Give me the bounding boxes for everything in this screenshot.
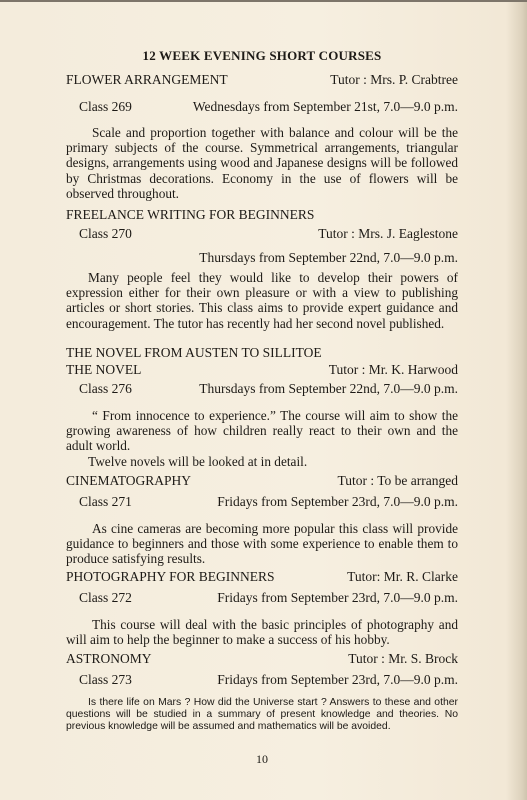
course-astronomy: ASTRONOMY Tutor : Mr. S. Brock Class 273… xyxy=(66,651,458,734)
course-description-note: Twelve novels will be looked at in detai… xyxy=(66,454,458,469)
course-class: Class 269 xyxy=(79,99,132,115)
course-schedule: Wednesdays from September 21st, 7.0—9.0 … xyxy=(193,99,458,115)
course-tutor: Tutor : Mr. K. Harwood xyxy=(329,362,458,378)
course-class: Class 270 xyxy=(79,226,132,242)
course-description: As cine cameras are becoming more popula… xyxy=(66,521,458,567)
page-heading: 12 WEEK EVENING SHORT COURSES xyxy=(66,48,458,64)
course-tutor: Tutor : Mr. S. Brock xyxy=(348,651,458,667)
page-number: 10 xyxy=(66,752,458,767)
page-edge-line xyxy=(0,0,527,2)
course-photography: PHOTOGRAPHY FOR BEGINNERS Tutor: Mr. R. … xyxy=(66,569,458,647)
course-tutor: Tutor: Mr. R. Clarke xyxy=(347,569,458,585)
course-class: Class 276 xyxy=(79,381,132,397)
course-title: ASTRONOMY xyxy=(66,651,152,667)
course-description: Scale and proportion together with balan… xyxy=(66,125,458,201)
course-schedule: Thursdays from September 22nd, 7.0—9.0 p… xyxy=(199,381,458,397)
course-the-novel: THE NOVEL FROM AUSTEN TO SILLITOE THE NO… xyxy=(66,345,458,469)
course-schedule: Thursdays from September 22nd, 7.0—9.0 p… xyxy=(199,250,458,266)
course-tutor: Tutor : To be arranged xyxy=(337,473,458,489)
course-tutor: Tutor : Mrs. P. Crabtree xyxy=(330,72,458,88)
course-title: CINEMATOGRAPHY xyxy=(66,473,191,489)
course-class: Class 271 xyxy=(79,494,132,510)
course-title: THE NOVEL FROM AUSTEN TO SILLITOE xyxy=(66,345,322,361)
course-title: FLOWER ARRANGEMENT xyxy=(66,72,228,88)
course-description: Many people feel they would like to deve… xyxy=(66,270,458,331)
course-class: Class 272 xyxy=(79,590,132,606)
booklet-page: 12 WEEK EVENING SHORT COURSES FLOWER ARR… xyxy=(0,0,527,800)
course-subtitle: THE NOVEL xyxy=(66,362,141,378)
course-title: PHOTOGRAPHY FOR BEGINNERS xyxy=(66,569,275,585)
course-class: Class 273 xyxy=(79,672,132,688)
course-flower-arrangement: FLOWER ARRANGEMENT Tutor : Mrs. P. Crabt… xyxy=(66,72,458,201)
course-cinematography: CINEMATOGRAPHY Tutor : To be arranged Cl… xyxy=(66,473,458,567)
course-title: FREELANCE WRITING FOR BEGINNERS xyxy=(66,207,314,223)
course-schedule: Fridays from September 23rd, 7.0—9.0 p.m… xyxy=(217,590,458,606)
course-freelance-writing: FREELANCE WRITING FOR BEGINNERS Class 27… xyxy=(66,207,458,331)
course-description: “ From innocence to experience.” The cou… xyxy=(66,408,458,454)
course-tutor: Tutor : Mrs. J. Eaglestone xyxy=(318,226,458,242)
course-schedule: Fridays from September 23rd, 7.0—9.0 p.m… xyxy=(217,672,458,688)
course-description: Is there life on Mars ? How did the Univ… xyxy=(66,697,458,734)
course-description: This course will deal with the basic pri… xyxy=(66,617,458,647)
course-schedule: Fridays from September 23rd, 7.0—9.0 p.m… xyxy=(217,494,458,510)
